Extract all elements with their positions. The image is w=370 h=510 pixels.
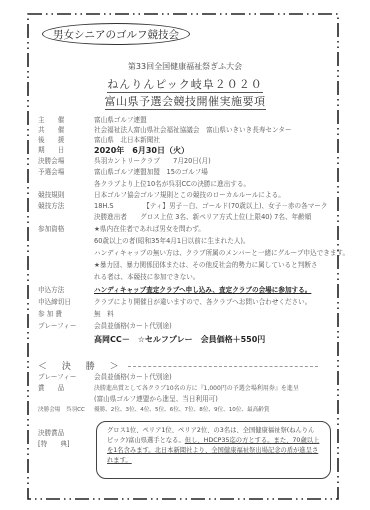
section-divider <box>128 366 318 367</box>
event-title: ねんりんピック岐阜２０２０ <box>0 76 370 92</box>
special-benefit-box: グロス1位、ペリア1位、ペリア2位、の3名は、全国健康福祉祭(ねんりんピック)富… <box>96 421 331 479</box>
event-badge: 男女シニアのゴルフ競技会 <box>42 23 190 45</box>
final-section-title: ＜ 決 勝 ＞ <box>38 359 125 372</box>
event-subtitle: 第33回全国健康福祉祭ぎふ大会 <box>0 61 370 72</box>
document-title: 富山県予選会競技開催実施要項 <box>0 93 370 109</box>
